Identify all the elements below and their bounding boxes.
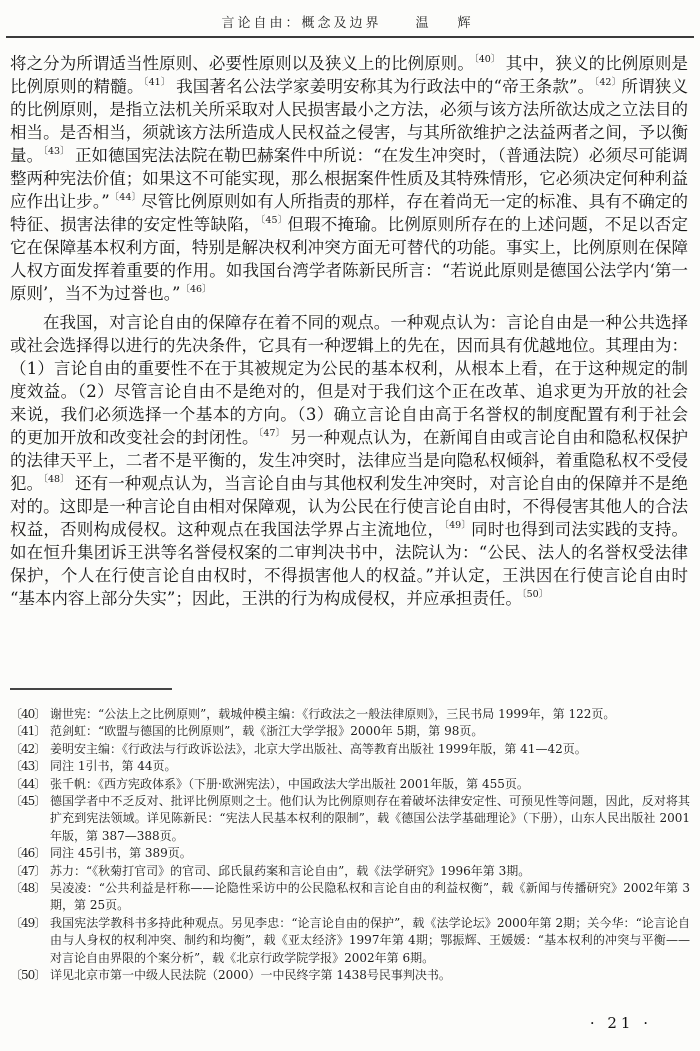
footnote-ref: 〔50〕 [522,589,548,600]
footnote-item: 〔47〕 苏力：“《秋菊打官司》的官司、邱氏鼠药案和言论自由”，载《法学研究》1… [10,863,690,880]
footnote-ref: 〔48〕 [43,474,70,485]
footnote-ref: 〔44〕 [110,192,141,203]
paragraph: 将之分为所谓适当性原则、必要性原则以及狭义上的比例原则。〔40〕 其中，狭义的比… [10,52,688,305]
footnote-text: 吴凌凌：“公共利益是杆称——论隐性采访中的公民隐私权和言论自由的利益权衡”，载《… [50,880,690,915]
footnote-text: 张千帆：《西方宪政体系》（下册·欧洲宪法），中国政法大学出版社 2001年版，第… [50,776,690,793]
footnote-label: 〔50〕 [10,967,50,984]
footnote-text: 谢世宪：“公法上之比例原则”，载城仲模主编：《行政法之一般法律原则》，三民书局 … [50,706,690,723]
header-rule [6,36,694,38]
running-title: 言论自由：概念及边界 [221,16,381,31]
document-page: 言论自由：概念及边界温 辉 将之分为所谓适当性原则、必要性原则以及狭义上的比例原… [0,0,700,1051]
footnote-item: 〔40〕 谢世宪：“公法上之比例原则”，载城仲模主编：《行政法之一般法律原则》，… [10,706,690,723]
footnote-item: 〔43〕 同注 1引书，第 44页。 [10,758,690,775]
footnotes-section: 〔40〕 谢世宪：“公法上之比例原则”，载城仲模主编：《行政法之一般法律原则》，… [10,706,690,985]
footnote-item: 〔49〕 我国宪法学教科书多持此种观点。另见李忠：“论言论自由的保护”，载《法学… [10,915,690,967]
footnote-ref: 〔43〕 [43,146,70,157]
footnote-item: 〔44〕 张千帆：《西方宪政体系》（下册·欧洲宪法），中国政法大学出版社 200… [10,776,690,793]
footnote-label: 〔48〕 [10,880,50,897]
footnote-label: 〔45〕 [10,793,50,810]
running-head: 言论自由：概念及边界温 辉 [0,12,700,31]
text-run: 我国著名公法学家姜明安称其为行政法中的“帝王条款”。 [171,77,595,96]
footnote-ref: 〔41〕 [144,77,171,88]
footnote-ref: 〔45〕 [260,215,287,226]
footnote-item: 〔50〕 详见北京市第一中级人民法院（2000）一中民终字第 1438号民事判决… [10,967,690,984]
footnote-text: 我国宪法学教科书多持此种观点。另见李忠：“论言论自由的保护”，载《法学论坛》20… [50,915,690,967]
footnote-item: 〔45〕 德国学者中不乏反对、批评比例原则之士。他们认为比例原则存在着破坏法律安… [10,793,690,845]
footnote-separator [10,688,172,690]
page-number: · 21 · [590,1014,652,1032]
author-name: 温 辉 [416,16,479,31]
footnote-text: 苏力：“《秋菊打官司》的官司、邱氏鼠药案和言论自由”，载《法学研究》1996年第… [50,863,690,880]
footnote-ref: 〔46〕 [180,284,211,295]
footnote-label: 〔41〕 [10,723,50,740]
footnote-ref: 〔47〕 [259,428,286,439]
footnote-text: 同注 45引书，第 389页。 [50,845,690,862]
footnote-label: 〔44〕 [10,776,50,793]
footnote-item: 〔48〕 吴凌凌：“公共利益是杆称——论隐性采访中的公民隐私权和言论自由的利益权… [10,880,690,915]
footnote-label: 〔49〕 [10,915,50,932]
text-run: 在我国，对言论自由的保障存在着不同的观点。一种观点认为：言论自由是一种公共选择或… [10,313,688,447]
footnote-label: 〔47〕 [10,863,50,880]
footnote-text: 姜明安主编：《行政法与行政诉讼法》，北京大学出版社、高等教育出版社 1999年版… [50,741,690,758]
footnote-text: 同注 1引书，第 44页。 [50,758,690,775]
footnote-text: 德国学者中不乏反对、批评比例原则之士。他们认为比例原则存在着破坏法律安定性、可预… [50,793,690,845]
footnote-label: 〔42〕 [10,741,50,758]
footnote-ref: 〔42〕 [594,77,621,88]
footnote-item: 〔46〕 同注 45引书，第 389页。 [10,845,690,862]
footnote-label: 〔43〕 [10,758,50,775]
text-run: 将之分为所谓适当性原则、必要性原则以及狭义上的比例原则。 [10,54,474,73]
footnote-item: 〔41〕 范剑虹：“欧盟与德国的比例原则”，载《浙江大学学报》2000年 5期，… [10,723,690,740]
footnote-label: 〔46〕 [10,845,50,862]
body-text: 将之分为所谓适当性原则、必要性原则以及狭义上的比例原则。〔40〕 其中，狭义的比… [10,52,688,610]
paragraph: 在我国，对言论自由的保障存在着不同的观点。一种观点认为：言论自由是一种公共选择或… [10,311,688,610]
footnote-text: 范剑虹：“欧盟与德国的比例原则”，载《浙江大学学报》2000年 5期，第 98页… [50,723,690,740]
footnote-item: 〔42〕 姜明安主编：《行政法与行政诉讼法》，北京大学出版社、高等教育出版社 1… [10,741,690,758]
footnote-ref: 〔40〕 [474,54,501,65]
footnote-label: 〔40〕 [10,706,50,723]
footnote-ref: 〔49〕 [444,520,471,531]
footnote-text: 详见北京市第一中级人民法院（2000）一中民终字第 1438号民事判决书。 [50,967,690,984]
